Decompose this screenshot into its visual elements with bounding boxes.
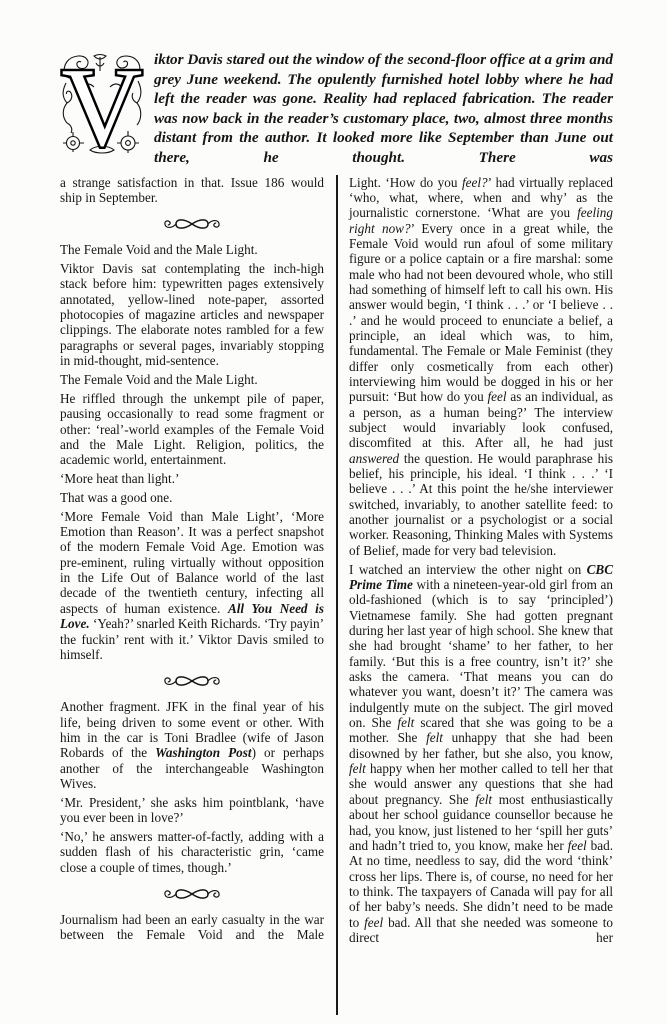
column-gutter — [324, 175, 349, 1015]
text-run: ‘No,’ he answers matter-of-factly, addin… — [60, 829, 324, 875]
italic-text-run: feel — [488, 389, 507, 404]
heading-female-void-male-light-2: The Female Void and the Male Light. — [60, 372, 324, 387]
text-run: The Female Void and the Male Light. — [60, 372, 258, 387]
italic-text-run: felt — [397, 715, 414, 730]
text-run: ‘More heat than light.’ — [60, 471, 179, 486]
italic-text-run: feel — [364, 915, 383, 930]
paragraph-how-do-you-feel: Light. ‘How do you feel?’ had virtually … — [349, 175, 613, 559]
paragraph-notes-stack: Viktor Davis sat contemplating the inch-… — [60, 261, 324, 368]
paragraph-riffled-pile: He riffled through the unkempt pile of p… — [60, 391, 324, 468]
right-column: Light. ‘How do you feel?’ had virtually … — [349, 175, 613, 949]
ornate-dropcap: V V — [60, 53, 144, 155]
dropcap-letter: V — [62, 53, 143, 155]
text-run: ‘More Female Void than Male Light’, ‘Mor… — [60, 509, 324, 616]
left-column: a strange satisfaction in that. Issue 18… — [60, 175, 324, 947]
dropcap-v-icon: V V — [60, 53, 144, 155]
paragraph-more-heat: ‘More heat than light.’ — [60, 471, 324, 486]
paragraph-issue-186: a strange satisfaction in that. Issue 18… — [60, 175, 324, 206]
text-run: a strange satisfaction in that. Issue 18… — [60, 175, 324, 205]
two-column-body: a strange satisfaction in that. Issue 18… — [0, 175, 667, 1015]
text-run: Journalism had been an early casualty in… — [60, 912, 324, 942]
paragraph-good-one: That was a good one. — [60, 490, 324, 505]
italic-text-run: felt — [426, 730, 443, 745]
text-run: ‘Mr. President,’ she asks him pointblank… — [60, 795, 324, 825]
italic-text-run: feel — [568, 838, 587, 853]
text-run: Viktor Davis sat contemplating the inch-… — [60, 261, 324, 368]
paragraph-mr-president: ‘Mr. President,’ she asks him pointblank… — [60, 795, 324, 826]
flourish-icon — [161, 883, 223, 905]
book-page: V V iktor Davis stared out the window of… — [0, 0, 667, 1024]
section-divider-flourish — [60, 213, 324, 235]
text-run: Light. ‘How do you — [349, 175, 462, 190]
bold-italic-text-run: iktor Davis stared out the window of the… — [154, 51, 613, 166]
column-rule — [336, 175, 338, 1015]
italic-text-run: feel? — [462, 175, 488, 190]
flourish-icon — [161, 670, 223, 692]
section-divider-flourish — [60, 883, 324, 905]
text-run: The Female Void and the Male Light. — [60, 242, 258, 257]
section-divider-flourish — [60, 670, 324, 692]
paragraph-journalism-casualty: Journalism had been an early casualty in… — [60, 912, 324, 943]
text-run: ‘Yeah?’ snarled Keith Richards. ‘Try pay… — [60, 616, 324, 662]
italic-text-run: felt — [475, 792, 492, 807]
text-run: the question. He would paraphrase his be… — [349, 451, 613, 558]
text-run: He riffled through the unkempt pile of p… — [60, 391, 324, 467]
text-run: ’ Every once in a great while, the Femal… — [349, 221, 613, 405]
text-run: bad. All that she needed was someone to … — [349, 915, 613, 945]
text-run: That was a good one. — [60, 490, 172, 505]
text-run: with a nineteen-year-old girl from an ol… — [349, 577, 613, 730]
italic-text-run: answered — [349, 451, 399, 466]
paragraph-female-void-age: ‘More Female Void than Male Light’, ‘Mor… — [60, 509, 324, 662]
paragraph-jfk-fragment: Another fragment. JFK in the final year … — [60, 699, 324, 791]
flourish-icon — [161, 213, 223, 235]
text-run: I watched an interview the other night o… — [349, 562, 587, 577]
italic-text-run: felt — [349, 761, 366, 776]
heading-female-void-male-light: The Female Void and the Male Light. — [60, 242, 324, 257]
paragraph-cbc-interview: I watched an interview the other night o… — [349, 562, 613, 946]
paragraph-no-answer: ‘No,’ he answers matter-of-factly, addin… — [60, 829, 324, 875]
bold-italic-text-run: Washington Post — [155, 745, 251, 760]
intro-section: V V iktor Davis stared out the window of… — [0, 0, 667, 168]
